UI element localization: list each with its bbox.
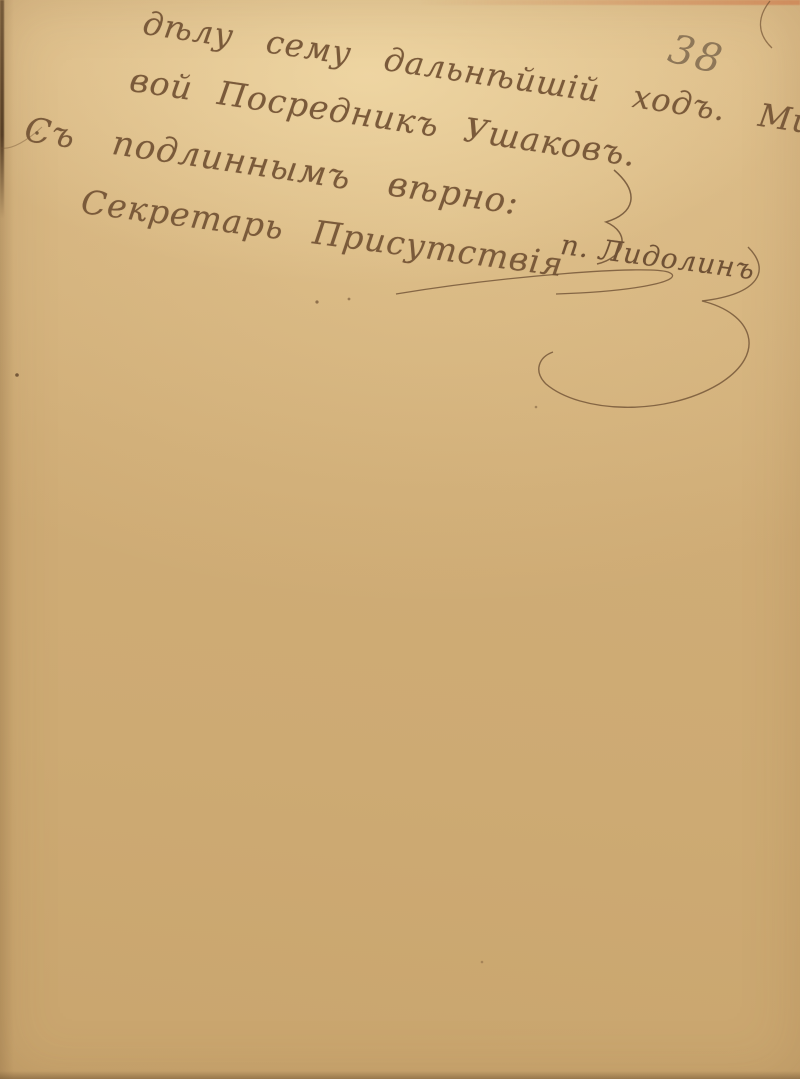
secretary-signature: п. Лидолинъ <box>559 228 757 286</box>
page-number: 38 <box>664 26 728 84</box>
manuscript-page: 38 дѣлу сему дальнѣйшій ходъ. Миро- вой … <box>0 0 800 1079</box>
top-edge-tint <box>420 0 800 5</box>
ink-speck <box>15 373 19 377</box>
page-curl-mark <box>760 1 772 48</box>
bottom-edge-shadow <box>0 1071 800 1079</box>
left-edge-shadow <box>0 0 4 218</box>
ink-speck <box>348 298 351 301</box>
ink-speck <box>315 300 318 303</box>
ink-speck <box>481 961 484 964</box>
ink-speck <box>535 406 538 409</box>
